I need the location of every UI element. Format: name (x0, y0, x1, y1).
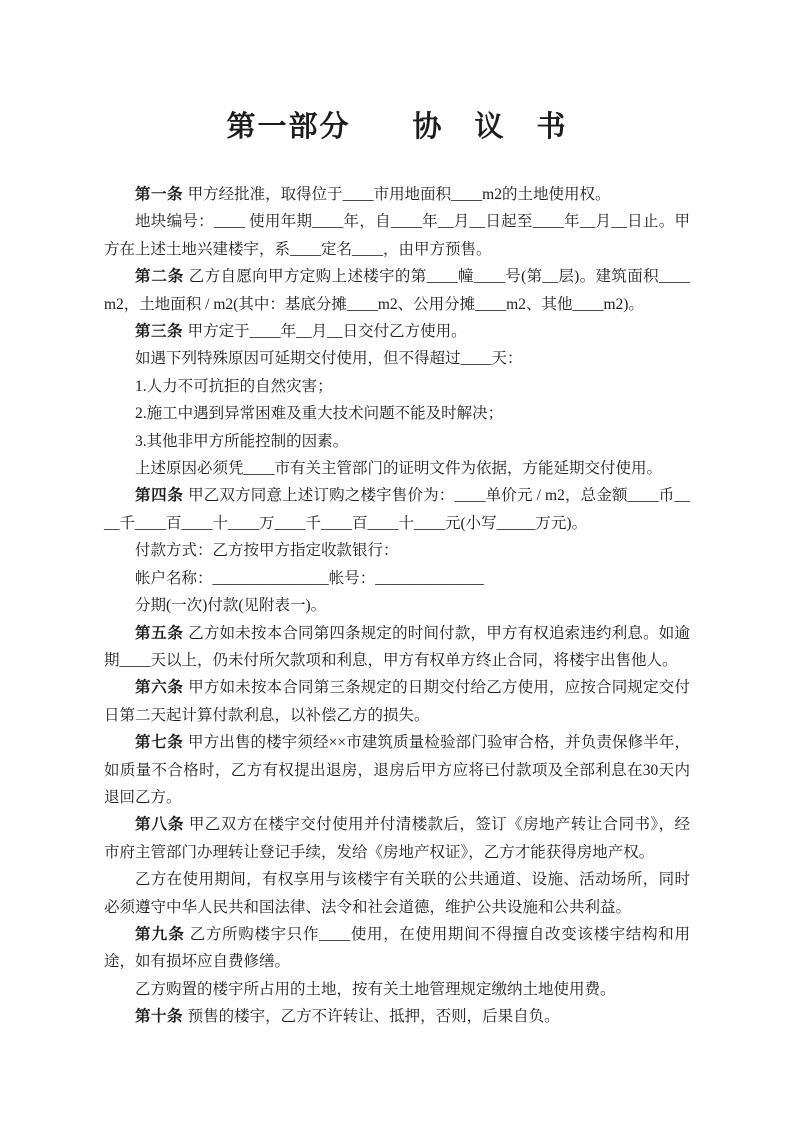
article-label: 第四条 (135, 487, 184, 504)
article-label: 第八条 (135, 816, 184, 833)
article-label: 第十条 (135, 1008, 183, 1025)
contract-paragraph: 3.其他非甲方所能控制的因素。 (104, 428, 690, 455)
article-label: 第五条 (135, 625, 184, 642)
contract-paragraph: 第八条甲乙双方在楼宇交付使用并付清楼款后，签订《房地产转让合同书》，经市府主管部… (104, 811, 690, 866)
page-title: 第一部分 协 议 书 (104, 106, 690, 148)
contract-paragraph: 1.人力不可抗拒的自然灾害； (104, 373, 690, 400)
contract-body: 第一条甲方经批准，取得位于____市用地面积____m2的土地使用权。地块编号：… (104, 181, 690, 1031)
contract-paragraph: 付款方式：乙方按甲方指定收款银行： (104, 537, 690, 564)
article-label: 第三条 (135, 323, 183, 340)
contract-paragraph: 第十条预售的楼宇，乙方不许转让、抵押，否则，后果自负。 (104, 1003, 690, 1030)
article-label: 第六条 (135, 679, 184, 696)
document-page: 第一部分 协 议 书 第一条甲方经批准，取得位于____市用地面积____m2的… (0, 0, 793, 1122)
contract-paragraph: 第一条甲方经批准，取得位于____市用地面积____m2的土地使用权。 (104, 181, 690, 208)
article-label: 第九条 (135, 926, 185, 943)
contract-paragraph: 2.施工中遇到异常困难及重大技术问题不能及时解决； (104, 400, 690, 427)
contract-paragraph: 第九条乙方所购楼宇只作____使用，在使用期间不得擅自改变该楼宇结构和用途，如有… (104, 921, 690, 976)
contract-paragraph: 第四条甲乙双方同意上述订购之楼宇售价为：____单价元 / m2，总金额____… (104, 482, 690, 537)
contract-paragraph: 上述原因必须凭____市有关主管部门的证明文件为依据，方能延期交付使用。 (104, 455, 690, 482)
article-label: 第七条 (135, 734, 183, 751)
contract-paragraph: 第二条乙方自愿向甲方定购上述楼宇的第____幢____号(第__层)。建筑面积_… (104, 263, 690, 318)
contract-paragraph: 乙方在使用期间，有权享用与该楼宇有关联的公共通道、设施、活动场所，同时必须遵守中… (104, 866, 690, 921)
article-label: 第一条 (135, 186, 183, 203)
contract-paragraph: 第五条乙方如未按本合同第四条规定的时间付款，甲方有权追索违约利息。如逾期____… (104, 620, 690, 675)
contract-paragraph: 乙方购置的楼宇所占用的土地，按有关土地管理规定缴纳土地使用费。 (104, 976, 690, 1003)
contract-paragraph: 帐户名称：_______________帐号：______________ (104, 565, 690, 592)
contract-paragraph: 地块编号：____ 使用年期____年，自____年__月__日起至____年_… (104, 208, 690, 263)
contract-paragraph: 第三条甲方定于____年__月__日交付乙方使用。 (104, 318, 690, 345)
contract-paragraph: 分期(一次)付款(见附表一)。 (104, 592, 690, 619)
contract-paragraph: 第六条甲方如未按本合同第三条规定的日期交付给乙方使用，应按合同规定交付日第二天起… (104, 674, 690, 729)
contract-paragraph: 第七条甲方出售的楼宇须经××市建筑质量检验部门验审合格，并负责保修半年，如质量不… (104, 729, 690, 811)
article-label: 第二条 (135, 268, 184, 285)
contract-paragraph: 如遇下列特殊原因可延期交付使用，但不得超过____天： (104, 345, 690, 372)
